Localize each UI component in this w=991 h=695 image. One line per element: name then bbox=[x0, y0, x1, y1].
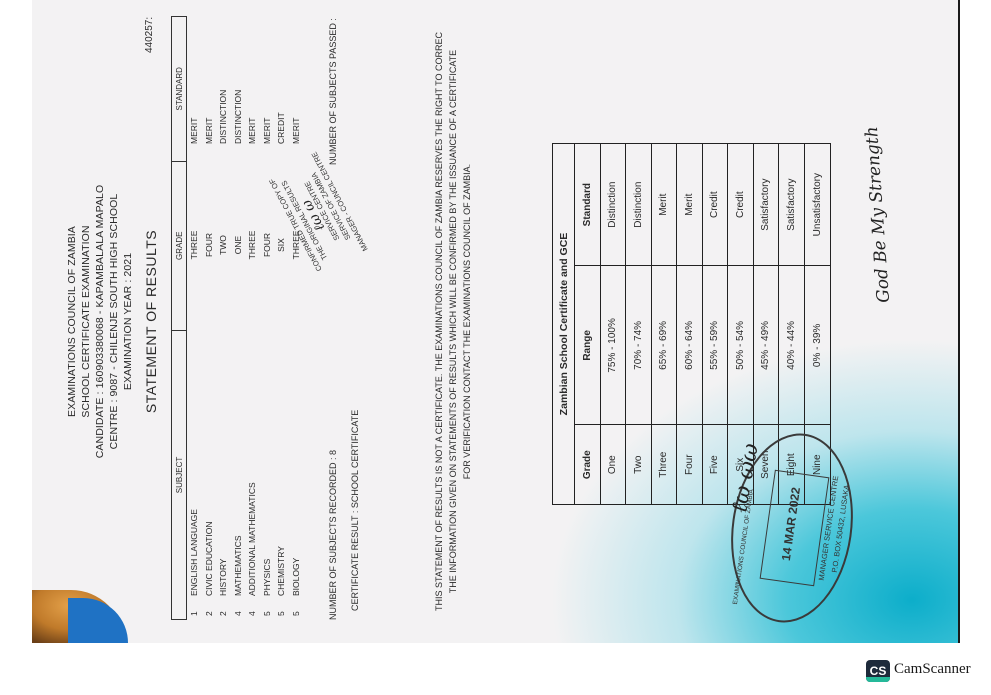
result-row: 2HISTORYTWODISTINCTION bbox=[216, 16, 231, 620]
subject-grade: FOUR bbox=[204, 160, 214, 330]
result-row: 5BIOLOGYTHREEMERIT bbox=[289, 16, 304, 620]
subject-points: 5 bbox=[276, 602, 286, 620]
subject-standard: DISTINCTION bbox=[218, 16, 228, 160]
grade-range: 0% - 39% bbox=[805, 265, 831, 424]
grading-table-title: Zambian School Certificate and GCE bbox=[553, 144, 575, 504]
exam-name: SCHOOL CERTIFICATE EXAMINATION bbox=[80, 0, 92, 643]
grade-name: One bbox=[601, 424, 626, 504]
grade-standard: Satisfactory bbox=[754, 144, 779, 265]
grading-row: Three65% - 69%Merit bbox=[652, 144, 678, 504]
subject-grade: ONE bbox=[233, 160, 243, 330]
disclaimer-line-3: FOR VERIFICATION CONTACT THE EXAMINATION… bbox=[462, 0, 472, 643]
disclaimer-line-1: THIS STATEMENT OF RESULTS IS NOT A CERTI… bbox=[434, 0, 444, 643]
subjects-recorded: NUMBER OF SUBJECTS RECORDED : 8 bbox=[328, 450, 338, 620]
subject-standard: MERIT bbox=[204, 16, 214, 160]
grade-standard: Merit bbox=[677, 144, 702, 265]
subject-points: 5 bbox=[291, 602, 301, 620]
grade-standard: Satisfactory bbox=[779, 144, 804, 265]
subject-name: MATHEMATICS bbox=[233, 330, 243, 602]
subject-standard: MERIT bbox=[262, 16, 272, 160]
document-title: STATEMENT OF RESULTS bbox=[143, 0, 159, 643]
candidate-line: CANDIDATE : 160903380068 - KAPAMBALALA M… bbox=[94, 0, 106, 643]
grade-range: 45% - 49% bbox=[754, 265, 779, 424]
subject-grade: TWO bbox=[218, 160, 228, 330]
column-subject: SUBJECT bbox=[172, 330, 186, 619]
subject-name: PHYSICS bbox=[262, 330, 272, 602]
result-row: 5CHEMISTRYSIXCREDIT bbox=[274, 16, 289, 620]
disclaimer-line-2: THE INFORMATION GIVEN ON STATEMENTS OF R… bbox=[448, 0, 458, 643]
result-row: 4MATHEMATICSONEDISTINCTION bbox=[231, 16, 246, 620]
handwritten-note: God Be My Strength bbox=[862, 126, 894, 304]
grade-standard: Credit bbox=[728, 144, 753, 265]
subject-standard: MERIT bbox=[247, 16, 257, 160]
photo-edge bbox=[958, 0, 960, 643]
grade-range: 55% - 59% bbox=[703, 265, 728, 424]
column-standard: STANDARD bbox=[172, 17, 186, 161]
subject-grade: THREE bbox=[247, 160, 257, 330]
centre-line: CENTRE : 9087 - CHILENJE SOUTH HIGH SCHO… bbox=[108, 0, 120, 643]
camscanner-logo-icon: CS bbox=[866, 660, 890, 682]
grading-table-header: Grade Range Standard bbox=[575, 144, 601, 504]
grade-name: Three bbox=[652, 424, 677, 504]
grading-row: One75% - 100%Distinction bbox=[601, 144, 627, 504]
subject-name: CIVIC EDUCATION bbox=[204, 330, 214, 602]
subject-points: 4 bbox=[247, 602, 257, 620]
column-grade: GRADE bbox=[172, 161, 186, 330]
grading-row: Two70% - 74%Distinction bbox=[626, 144, 652, 504]
grade-name: Four bbox=[677, 424, 702, 504]
results-table-header: SUBJECT GRADE STANDARD bbox=[171, 16, 187, 620]
serial-number: 440257: bbox=[144, 17, 155, 53]
subject-points: 2 bbox=[204, 602, 214, 620]
grade-standard: Unsatisfactory bbox=[805, 144, 831, 265]
certificate-result: CERTIFICATE RESULT : SCHOOL CERTIFICATE bbox=[350, 410, 360, 611]
scanner-footer bbox=[0, 643, 991, 695]
result-row: 4ADDITIONAL MATHEMATICSTHREEMERIT bbox=[245, 16, 260, 620]
result-row: 5PHYSICSFOURMERIT bbox=[260, 16, 275, 620]
grade-range: 65% - 69% bbox=[652, 265, 677, 424]
subject-points: 1 bbox=[189, 602, 199, 620]
grade-standard: Distinction bbox=[601, 144, 626, 265]
grade-range: 40% - 44% bbox=[779, 265, 804, 424]
subject-standard: CREDIT bbox=[276, 16, 286, 160]
results-table: SUBJECT GRADE STANDARD 1ENGLISH LANGUAGE… bbox=[171, 16, 303, 620]
grade-standard: Merit bbox=[652, 144, 677, 265]
subject-name: HISTORY bbox=[218, 330, 228, 602]
scanned-photo: EXAMINATIONS COUNCIL OF ZAMBIA SCHOOL CE… bbox=[32, 0, 958, 643]
subject-standard: MERIT bbox=[189, 16, 199, 160]
grade-range: 60% - 64% bbox=[677, 265, 702, 424]
grade-range: 50% - 54% bbox=[728, 265, 753, 424]
council-name: EXAMINATIONS COUNCIL OF ZAMBIA bbox=[66, 0, 78, 643]
exam-year: EXAMINATION YEAR : 2021 bbox=[122, 0, 134, 643]
subject-standard: DISTINCTION bbox=[233, 16, 243, 160]
grade-standard: Distinction bbox=[626, 144, 651, 265]
result-row: 1ENGLISH LANGUAGETHREEMERIT bbox=[187, 16, 202, 620]
subject-name: ENGLISH LANGUAGE bbox=[189, 330, 199, 602]
grading-row: Four60% - 64%Merit bbox=[677, 144, 703, 504]
subject-name: ADDITIONAL MATHEMATICS bbox=[247, 330, 257, 602]
grade-standard: Credit bbox=[703, 144, 728, 265]
subject-name: BIOLOGY bbox=[291, 330, 301, 602]
grade-range: 75% - 100% bbox=[601, 265, 626, 424]
subject-grade: THREE bbox=[189, 160, 199, 330]
grade-name: Five bbox=[703, 424, 728, 504]
grade-name: Two bbox=[626, 424, 651, 504]
subjects-passed: NUMBER OF SUBJECTS PASSED : bbox=[328, 18, 338, 165]
camscanner-brand: CamScanner bbox=[894, 661, 971, 678]
grade-range: 70% - 74% bbox=[626, 265, 651, 424]
subject-points: 2 bbox=[218, 602, 228, 620]
subject-points: 4 bbox=[233, 602, 243, 620]
subject-name: CHEMISTRY bbox=[276, 330, 286, 602]
results-document: EXAMINATIONS COUNCIL OF ZAMBIA SCHOOL CE… bbox=[32, 0, 958, 643]
subject-points: 5 bbox=[262, 602, 272, 620]
result-row: 2CIVIC EDUCATIONFOURMERIT bbox=[202, 16, 217, 620]
grading-row: Five55% - 59%Credit bbox=[703, 144, 729, 504]
